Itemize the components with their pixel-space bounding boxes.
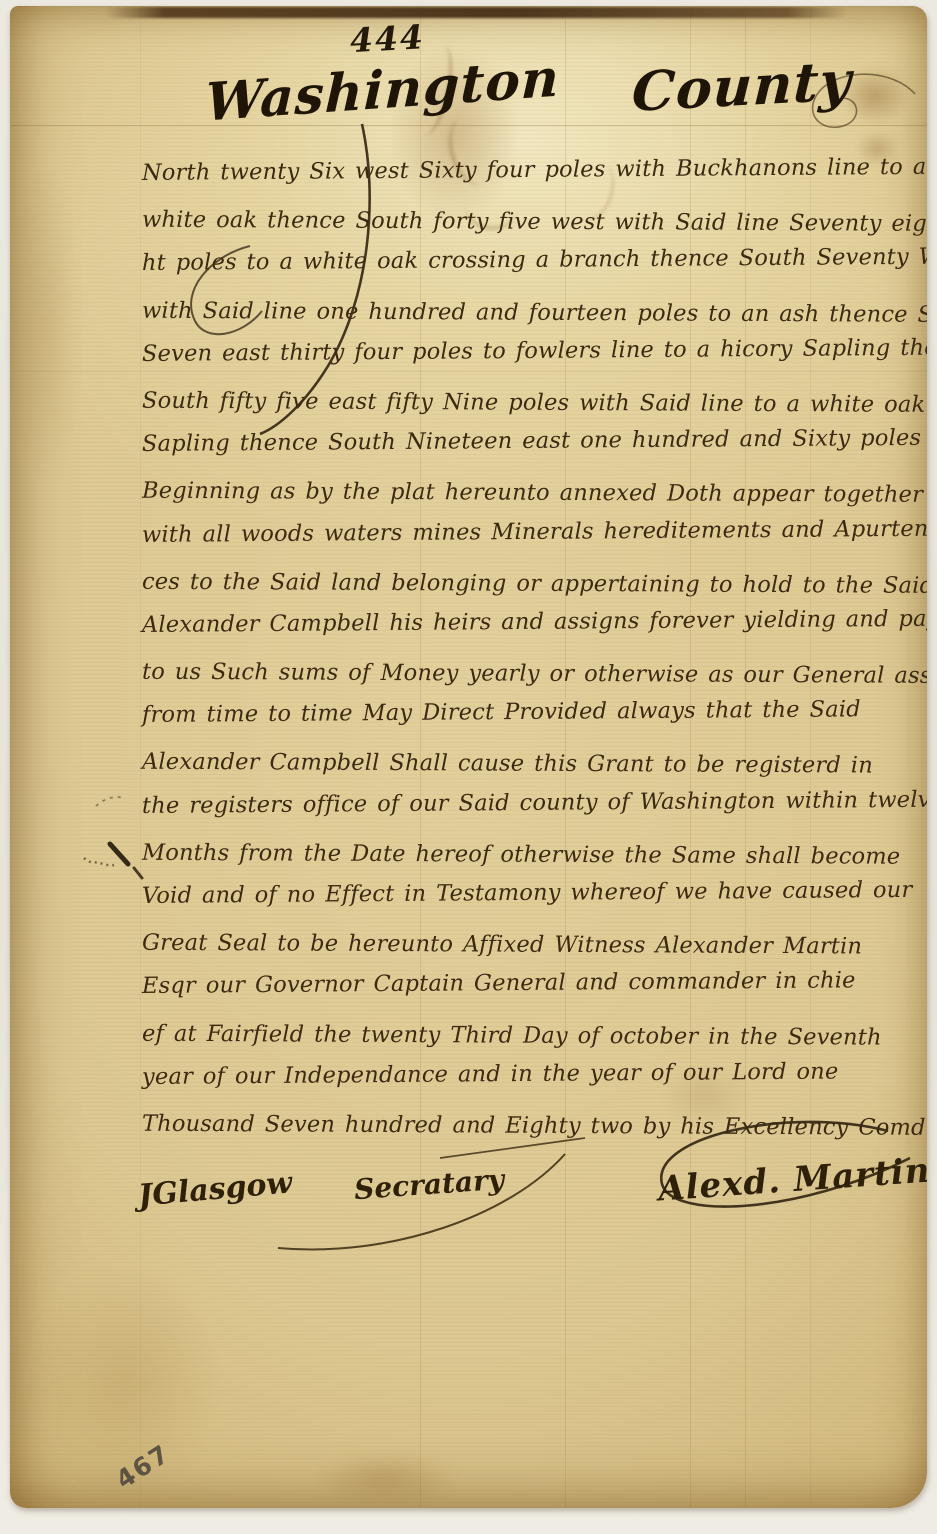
manuscript-line: with all woods waters mines Minerals her… bbox=[10, 506, 927, 558]
signature-title-secretary: Secratary bbox=[353, 1163, 505, 1206]
manuscript-line: Void and of no Effect in Testamony where… bbox=[10, 868, 927, 920]
manuscript-line: from time to time May Direct Provided al… bbox=[10, 687, 927, 739]
signature-row: JGlasgow Secratary Alexd. Martin bbox=[10, 1158, 927, 1228]
manuscript-line: ht poles to a white oak crossing a branc… bbox=[10, 235, 927, 287]
manuscript-line: North twenty Six west Sixty four poles w… bbox=[10, 145, 927, 197]
manuscript-body: North twenty Six west Sixty four poles w… bbox=[10, 152, 927, 1146]
manuscript-line: Esqr our Governor Captain General and co… bbox=[10, 958, 927, 1010]
signature-glasgow: JGlasgow bbox=[137, 1165, 294, 1213]
manuscript-line: Sapling thence South Nineteen east one h… bbox=[10, 416, 927, 468]
manuscript-line: Thousand Seven hundred and Eighty two by… bbox=[10, 1101, 927, 1151]
manuscript-line: Seven east thirty four poles to fowlers … bbox=[10, 326, 927, 378]
manuscript-line: year of our Independance and in the year… bbox=[10, 1049, 927, 1101]
page-header: Washington County bbox=[10, 54, 927, 134]
header-county: County bbox=[630, 48, 853, 124]
ledger-page: 444 Washington County North twenty Six w… bbox=[10, 6, 927, 1508]
signature-martin: Alexd. Martin bbox=[657, 1151, 927, 1210]
manuscript-line: the registers office of our Said county … bbox=[10, 777, 927, 829]
header-washington: Washington bbox=[204, 47, 560, 133]
scanned-document: 444 Washington County North twenty Six w… bbox=[0, 0, 937, 1534]
manuscript-line: Alexander Campbell his heirs and assigns… bbox=[10, 597, 927, 649]
